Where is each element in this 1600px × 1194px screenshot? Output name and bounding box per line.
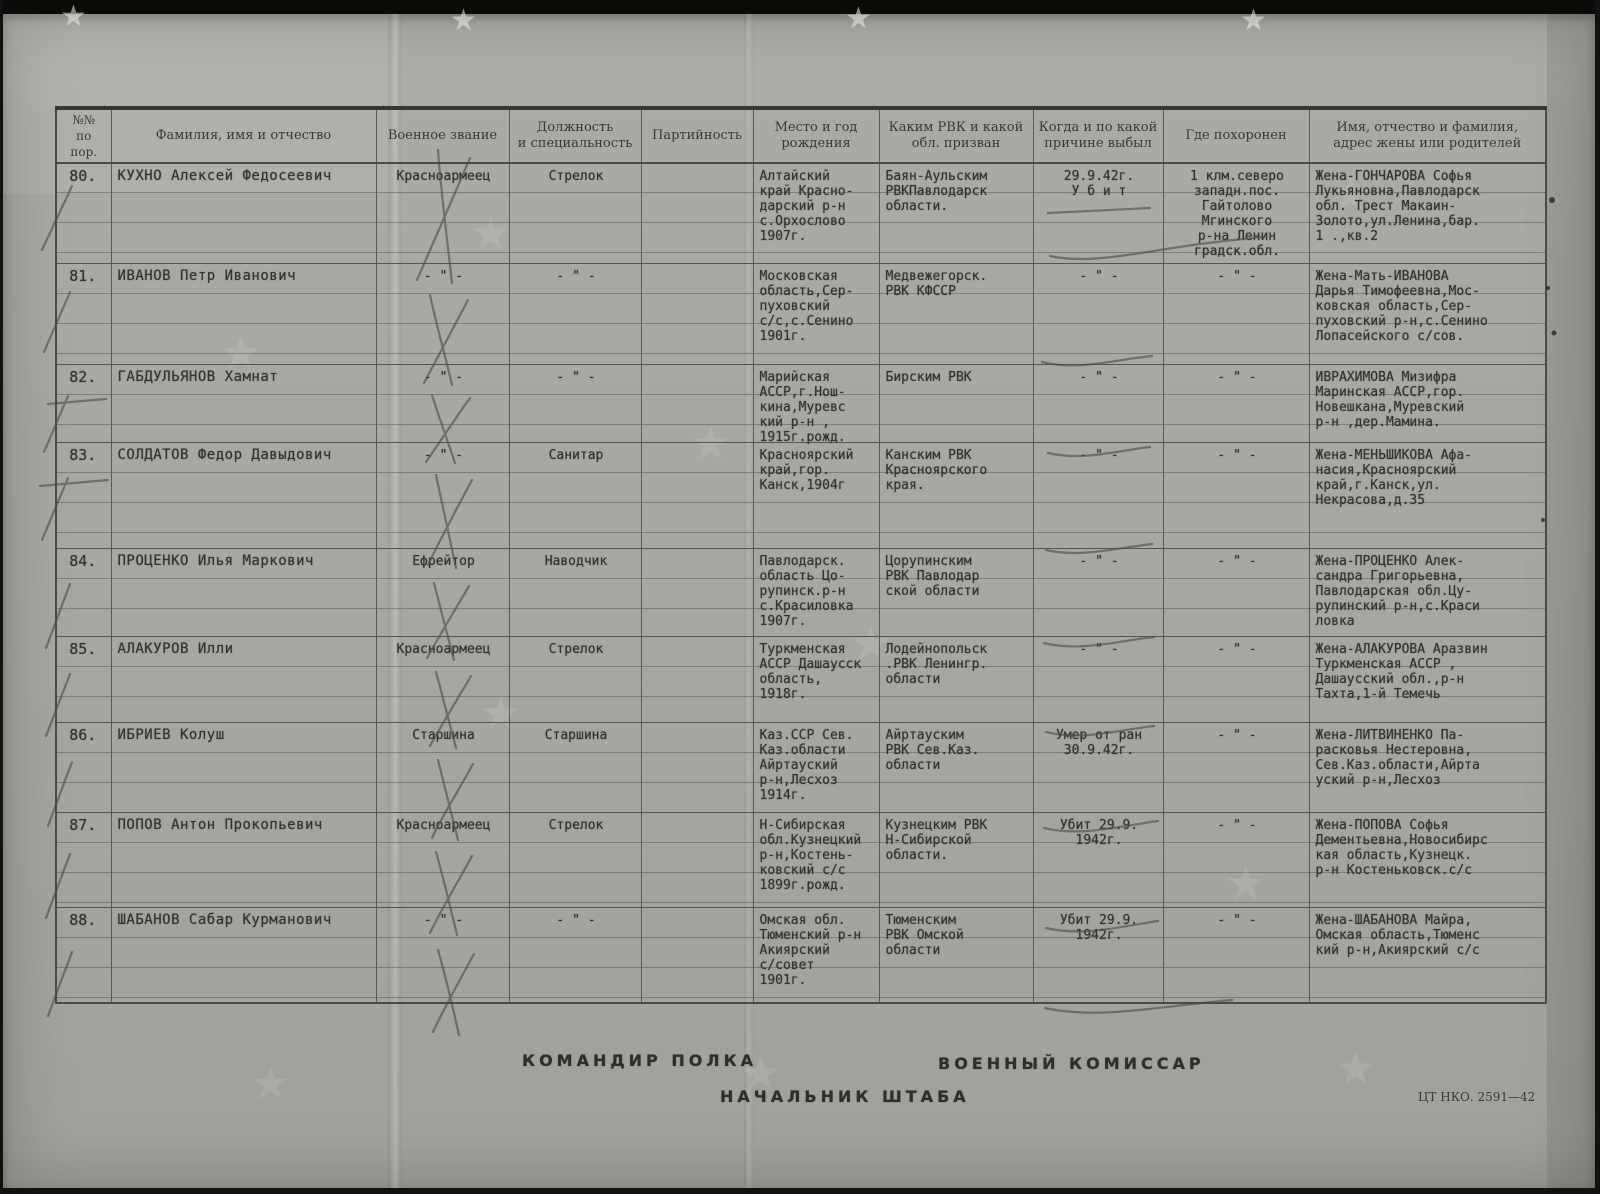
cell-rvk: Канским РВК Красноярского края.	[879, 443, 1033, 549]
column-header: Фамилия, имя и отчество	[111, 108, 376, 163]
cell-buried: - " -	[1163, 723, 1309, 813]
cell-text: - " -	[1170, 554, 1305, 636]
cell-birth: Н-Сибирская обл.Кузнецкий р-н,Костень- к…	[753, 813, 879, 908]
cell-text: - " -	[383, 370, 505, 442]
cell-text: ИБРИЕВ Колуш	[118, 728, 372, 812]
cell-name: ГАБДУЛЬЯНОВ Хамнат	[111, 365, 376, 443]
cell-text: ШАБАНОВ Сабар Курманович	[118, 913, 372, 1002]
cell-departed: - " -	[1033, 549, 1163, 637]
cell-text: - " -	[383, 269, 505, 364]
column-header: №№ по пор.	[56, 108, 111, 163]
cell-text: Умер от ран 30.9.42г.	[1040, 728, 1159, 812]
cell-text: 85.	[59, 642, 107, 722]
column-header: Место и год рождения	[753, 108, 879, 163]
cell-text: - " -	[1040, 554, 1159, 636]
cell-text: - " -	[1170, 642, 1305, 722]
cell-text: 29.9.42г. У б и т	[1040, 169, 1159, 263]
cell-text: ИВРАХИМОВА Мизифра Маринская АССР,гор. Н…	[1316, 370, 1542, 442]
cell-departed: Убит 29.9. 1942г.	[1033, 908, 1163, 1004]
column-header: Где похоронен	[1163, 108, 1309, 163]
cell-text: Канским РВК Красноярского края.	[886, 448, 1029, 548]
cell-party	[641, 365, 753, 443]
cell-text: - " -	[516, 269, 637, 364]
cell-num: 81.	[56, 264, 111, 365]
cell-text: Красноярский край,гор. Канск,1904г	[760, 448, 875, 548]
cell-name: ИБРИЕВ Колуш	[111, 723, 376, 813]
cell-text: - " -	[383, 448, 505, 548]
cell-text: Убит 29.9. 1942г.	[1040, 913, 1159, 1002]
cell-text: ПРОЦЕНКО Илья Маркович	[118, 554, 372, 636]
cell-family: ИВРАХИМОВА Мизифра Маринская АССР,гор. Н…	[1309, 365, 1546, 443]
column-header: Партийность	[641, 108, 753, 163]
star-icon: ★	[845, 4, 872, 34]
cell-rank: - " -	[376, 443, 509, 549]
cell-text: Лодейнопольск .РВК Ленингр. области	[886, 642, 1029, 722]
scan-edge	[0, 0, 1600, 14]
cell-name: СОЛДАТОВ Федор Давыдович	[111, 443, 376, 549]
cell-text: Жена-ШАБАНОВА Майра, Омская область,Тюме…	[1316, 913, 1542, 1002]
cell-text: ИВАНОВ Петр Иванович	[118, 269, 372, 364]
cell-text: Цорупинским РВК Павлодар ской области	[886, 554, 1029, 636]
cell-text: Жена-АЛАКУРОВА Аразвин Туркменская АССР …	[1316, 642, 1542, 722]
cell-family: Жена-ЛИТВИНЕНКО Па- расковья Нестеровна,…	[1309, 723, 1546, 813]
cell-party	[641, 264, 753, 365]
cell-family: Жена-ШАБАНОВА Майра, Омская область,Тюме…	[1309, 908, 1546, 1004]
table-row: 86.ИБРИЕВ КолушСтаршинаСтаршинаКаз.ССР С…	[56, 723, 1546, 813]
cell-departed: Умер от ран 30.9.42г.	[1033, 723, 1163, 813]
cell-name: АЛАКУРОВ Илли	[111, 637, 376, 723]
signature-commissar: ВОЕННЫЙ КОМИССАР	[938, 1054, 1205, 1073]
cell-text: Жена-ЛИТВИНЕНКО Па- расковья Нестеровна,…	[1316, 728, 1542, 812]
cell-name: ПРОЦЕНКО Илья Маркович	[111, 549, 376, 637]
cell-text: - " -	[1170, 728, 1305, 812]
cell-num: 88.	[56, 908, 111, 1004]
cell-rank: Старшина	[376, 723, 509, 813]
cell-text	[648, 642, 749, 722]
cell-text	[648, 728, 749, 812]
cell-buried: - " -	[1163, 637, 1309, 723]
cell-departed: - " -	[1033, 443, 1163, 549]
cell-rank: - " -	[376, 365, 509, 443]
cell-text: 80.	[59, 169, 107, 263]
cell-text: Жена-ПОПОВА Софья Дементьевна,Новосибирс…	[1316, 818, 1542, 907]
cell-birth: Алтайский край Красно- дарский р-н с.Орх…	[753, 163, 879, 264]
cell-family: Жена-МЕНЬШИКОВА Афа- насия,Красноярский …	[1309, 443, 1546, 549]
scan-edge	[0, 1188, 1600, 1194]
cell-text: Кузнецким РВК Н-Сибирской области.	[886, 818, 1029, 907]
column-header: Должность и специальность	[509, 108, 641, 163]
cell-text: 88.	[59, 913, 107, 1002]
cell-position: Наводчик	[509, 549, 641, 637]
cell-text: Ефрейтор	[383, 554, 505, 636]
cell-rank: - " -	[376, 264, 509, 365]
cell-birth: Марийская АССР,г.Нош- кина,Муревс кий р-…	[753, 365, 879, 443]
cell-position: Санитар	[509, 443, 641, 549]
cell-text: 81.	[59, 269, 107, 364]
cell-text: 86.	[59, 728, 107, 812]
column-header: Имя, отчество и фамилия, адрес жены или …	[1309, 108, 1546, 163]
cell-text	[648, 370, 749, 442]
cell-num: 80.	[56, 163, 111, 264]
cell-party	[641, 813, 753, 908]
cell-num: 85.	[56, 637, 111, 723]
form-code: ЦТ НКО. 2591—42	[1418, 1090, 1535, 1104]
cell-text: Стрелок	[516, 818, 637, 907]
cell-family: Жена-АЛАКУРОВА Аразвин Туркменская АССР …	[1309, 637, 1546, 723]
cell-num: 84.	[56, 549, 111, 637]
cell-text: 83.	[59, 448, 107, 548]
cell-family: Жена-ГОНЧАРОВА Софья Лукьяновна,Павлодар…	[1309, 163, 1546, 264]
cell-text: Стрелок	[516, 169, 637, 263]
table-row: 85.АЛАКУРОВ ИллиКрасноармеецСтрелокТуркм…	[56, 637, 1546, 723]
cell-text: Жена-ГОНЧАРОВА Софья Лукьяновна,Павлодар…	[1316, 169, 1542, 263]
cell-rank: Красноармеец	[376, 163, 509, 264]
cell-text: Старшина	[383, 728, 505, 812]
cell-text: Туркменская АССР Дашаусск область, 1918г…	[760, 642, 875, 722]
table-row: 84.ПРОЦЕНКО Илья МарковичЕфрейторНаводчи…	[56, 549, 1546, 637]
cell-text: АЛАКУРОВ Илли	[118, 642, 372, 722]
cell-text: - " -	[1040, 269, 1159, 364]
cell-rank: Ефрейтор	[376, 549, 509, 637]
cell-rvk: Баян-Аульским РВКПавлодарск области.	[879, 163, 1033, 264]
cell-birth: Красноярский край,гор. Канск,1904г	[753, 443, 879, 549]
cell-text: Баян-Аульским РВКПавлодарск области.	[886, 169, 1029, 263]
cell-departed: 29.9.42г. У б и т	[1033, 163, 1163, 264]
scanned-document: ★ ★ ★ ★ ★ ★ ★ ★ ★ ★ ★ ★ ★ ★ №№ по пор.Фа…	[0, 0, 1600, 1194]
cell-text: - " -	[1170, 448, 1305, 548]
cell-family: Жена-Мать-ИВАНОВА Дарья Тимофеевна,Мос- …	[1309, 264, 1546, 365]
cell-party	[641, 443, 753, 549]
cell-text: - " -	[383, 913, 505, 1002]
cell-buried: 1 клм.северо западн.пос. Гайтолово Мгинс…	[1163, 163, 1309, 264]
cell-text: Каз.ССР Сев. Каз.области Айртауский р-н,…	[760, 728, 875, 812]
cell-departed: - " -	[1033, 365, 1163, 443]
cell-rank: Красноармеец	[376, 813, 509, 908]
cell-text: Московская область,Сер- пуховский с/с,с.…	[760, 269, 875, 364]
table-row: 88.ШАБАНОВ Сабар Курманович- " -- " -Омс…	[56, 908, 1546, 1004]
cell-text: Марийская АССР,г.Нош- кина,Муревс кий р-…	[760, 370, 875, 442]
cell-text: Красноармеец	[383, 818, 505, 907]
cell-buried: - " -	[1163, 264, 1309, 365]
cell-rank: - " -	[376, 908, 509, 1004]
cell-rvk: Медвежегорск. РВК КФССР	[879, 264, 1033, 365]
cell-name: ИВАНОВ Петр Иванович	[111, 264, 376, 365]
column-header: Военное звание	[376, 108, 509, 163]
cell-buried: - " -	[1163, 365, 1309, 443]
cell-text: Наводчик	[516, 554, 637, 636]
cell-text	[648, 269, 749, 364]
cell-text: - " -	[1170, 818, 1305, 907]
paper-shade	[1547, 14, 1595, 1188]
cell-text: Н-Сибирская обл.Кузнецкий р-н,Костень- к…	[760, 818, 875, 907]
cell-rank: Красноармеец	[376, 637, 509, 723]
cell-buried: - " -	[1163, 443, 1309, 549]
cell-text: - " -	[516, 913, 637, 1002]
cell-position: Стрелок	[509, 813, 641, 908]
cell-text: Стрелок	[516, 642, 637, 722]
cell-text	[648, 818, 749, 907]
cell-birth: Каз.ССР Сев. Каз.области Айртауский р-н,…	[753, 723, 879, 813]
cell-text: Айртауским РВК Сев.Каз. области	[886, 728, 1029, 812]
table-header: №№ по пор.Фамилия, имя и отчествоВоенное…	[56, 108, 1546, 163]
scan-edge	[1595, 0, 1600, 1194]
table-row: 82.ГАБДУЛЬЯНОВ Хамнат- " -- " -Марийская…	[56, 365, 1546, 443]
cell-text: 87.	[59, 818, 107, 907]
cell-text	[648, 169, 749, 263]
cell-text: Тюменским РВК Омской области	[886, 913, 1029, 1002]
table-row: 87.ПОПОВ Антон ПрокопьевичКрасноармеецСт…	[56, 813, 1546, 908]
cell-text: Жена-МЕНЬШИКОВА Афа- насия,Красноярский …	[1316, 448, 1542, 548]
cell-text: Алтайский край Красно- дарский р-н с.Орх…	[760, 169, 875, 263]
star-icon: ★	[250, 1060, 291, 1106]
cell-num: 87.	[56, 813, 111, 908]
cell-text: КУХНО Алексей Федосеевич	[118, 169, 372, 263]
table-row: 83.СОЛДАТОВ Федор Давыдович- " -СанитарК…	[56, 443, 1546, 549]
cell-text: - " -	[1040, 370, 1159, 442]
cell-text: - " -	[1040, 448, 1159, 548]
cell-party	[641, 637, 753, 723]
cell-party	[641, 163, 753, 264]
cell-rvk: Тюменским РВК Омской области	[879, 908, 1033, 1004]
cell-text: Красноармеец	[383, 169, 505, 263]
column-header: Когда и по какой причине выбыл	[1033, 108, 1163, 163]
star-icon: ★	[60, 2, 87, 32]
cell-num: 83.	[56, 443, 111, 549]
cell-rvk: Лодейнопольск .РВК Ленингр. области	[879, 637, 1033, 723]
cell-text: - " -	[1040, 642, 1159, 722]
cell-text: Красноармеец	[383, 642, 505, 722]
cell-family: Жена-ПРОЦЕНКО Алек- сандра Григорьевна, …	[1309, 549, 1546, 637]
cell-text: Старшина	[516, 728, 637, 812]
cell-num: 86.	[56, 723, 111, 813]
cell-name: ПОПОВ Антон Прокопьевич	[111, 813, 376, 908]
cell-text: 84.	[59, 554, 107, 636]
casualty-table: №№ по пор.Фамилия, имя и отчествоВоенное…	[55, 106, 1547, 1004]
cell-buried: - " -	[1163, 813, 1309, 908]
cell-text	[648, 554, 749, 636]
cell-text: Жена-Мать-ИВАНОВА Дарья Тимофеевна,Мос- …	[1316, 269, 1542, 364]
cell-text: Убит 29.9. 1942г.	[1040, 818, 1159, 907]
cell-birth: Туркменская АССР Дашаусск область, 1918г…	[753, 637, 879, 723]
cell-position: - " -	[509, 908, 641, 1004]
cell-text: 82.	[59, 370, 107, 442]
cell-rvk: Айртауским РВК Сев.Каз. области	[879, 723, 1033, 813]
cell-name: КУХНО Алексей Федосеевич	[111, 163, 376, 264]
cell-rvk: Бирским РВК	[879, 365, 1033, 443]
table-row: 80.КУХНО Алексей ФедосеевичКрасноармеецС…	[56, 163, 1546, 264]
signature-commander: КОМАНДИР ПОЛКА	[522, 1051, 757, 1070]
cell-position: Старшина	[509, 723, 641, 813]
cell-birth: Павлодарск. область Цо- рупинск.р-н с.Кр…	[753, 549, 879, 637]
cell-text	[648, 448, 749, 548]
cell-position: Стрелок	[509, 163, 641, 264]
cell-position: - " -	[509, 264, 641, 365]
cell-text: 1 клм.северо западн.пос. Гайтолово Мгинс…	[1170, 169, 1305, 263]
cell-text: Жена-ПРОЦЕНКО Алек- сандра Григорьевна, …	[1316, 554, 1542, 636]
cell-buried: - " -	[1163, 549, 1309, 637]
cell-text: - " -	[1170, 913, 1305, 1002]
cell-text: ПОПОВ Антон Прокопьевич	[118, 818, 372, 907]
cell-birth: Омская обл. Тюменский р-н Акиярский с/со…	[753, 908, 879, 1004]
cell-family: Жена-ПОПОВА Софья Дементьевна,Новосибирс…	[1309, 813, 1546, 908]
scan-edge	[0, 0, 3, 1194]
cell-text: - " -	[516, 370, 637, 442]
cell-rvk: Цорупинским РВК Павлодар ской области	[879, 549, 1033, 637]
cell-party	[641, 908, 753, 1004]
star-icon: ★	[1335, 1045, 1376, 1091]
table-body: 80.КУХНО Алексей ФедосеевичКрасноармеецС…	[56, 163, 1546, 1003]
cell-num: 82.	[56, 365, 111, 443]
cell-text	[648, 913, 749, 1002]
star-icon: ★	[450, 6, 477, 36]
cell-text: Павлодарск. область Цо- рупинск.р-н с.Кр…	[760, 554, 875, 636]
cell-text: Санитар	[516, 448, 637, 548]
cell-departed: - " -	[1033, 264, 1163, 365]
cell-name: ШАБАНОВ Сабар Курманович	[111, 908, 376, 1004]
cell-text: - " -	[1170, 370, 1305, 442]
cell-departed: - " -	[1033, 637, 1163, 723]
signature-chief-of-staff: НАЧАЛЬНИК ШТАБА	[720, 1087, 970, 1106]
cell-text: ГАБДУЛЬЯНОВ Хамнат	[118, 370, 372, 442]
cell-rvk: Кузнецким РВК Н-Сибирской области.	[879, 813, 1033, 908]
cell-departed: Убит 29.9. 1942г.	[1033, 813, 1163, 908]
cell-birth: Московская область,Сер- пуховский с/с,с.…	[753, 264, 879, 365]
cell-party	[641, 723, 753, 813]
cell-party	[641, 549, 753, 637]
cell-text: Медвежегорск. РВК КФССР	[886, 269, 1029, 364]
cell-position: Стрелок	[509, 637, 641, 723]
cell-buried: - " -	[1163, 908, 1309, 1004]
cell-text: СОЛДАТОВ Федор Давыдович	[118, 448, 372, 548]
cell-text: - " -	[1170, 269, 1305, 364]
star-icon: ★	[1240, 6, 1267, 36]
cell-text: Омская обл. Тюменский р-н Акиярский с/со…	[760, 913, 875, 1002]
table-row: 81.ИВАНОВ Петр Иванович- " -- " -Московс…	[56, 264, 1546, 365]
cell-position: - " -	[509, 365, 641, 443]
cell-text: Бирским РВК	[886, 370, 1029, 442]
column-header: Каким РВК и какой обл. призван	[879, 108, 1033, 163]
